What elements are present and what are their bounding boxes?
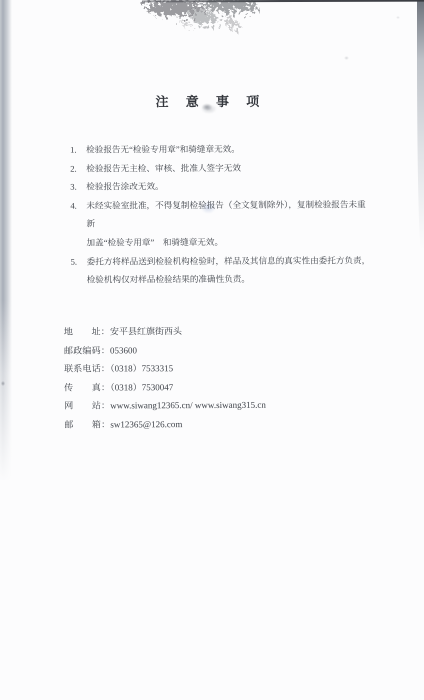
- contact-label: 传 真：: [64, 382, 110, 392]
- notice-item-5: 5. 委托方将样品送到检验机构检验时，样品及其信息的真实性由委托方负责， 检验机…: [71, 251, 373, 290]
- notice-item-number: 3.: [70, 178, 77, 197]
- contact-row-phone: 联系电话：（0318）7533315: [64, 358, 384, 378]
- contact-label: 网 站：: [64, 401, 110, 411]
- title-stamp-smudge: [197, 102, 221, 116]
- notice-item-number: 5.: [71, 252, 78, 271]
- contact-row-email: 邮 箱：sw12365@126.com: [64, 414, 384, 434]
- contact-value: （0318）7530047: [110, 382, 173, 392]
- notice-list: 1. 检验报告无“检验专用章”和骑缝章无效。 2. 检验报告无主检、审核、批准人…: [70, 139, 373, 289]
- notice-item-number: 1.: [70, 141, 77, 160]
- notice-item-line: 委托方将样品送到检验机构检验时，样品及其信息的真实性由委托方负责，: [87, 251, 373, 271]
- notice-item-1: 1. 检验报告无“检验专用章”和骑缝章无效。: [70, 139, 372, 159]
- contact-row-fax: 传 真：（0318）7530047: [64, 377, 384, 397]
- notice-item-line: 检验报告无“检验专用章”和骑缝章无效。: [86, 139, 372, 159]
- contact-label: 邮 箱：: [64, 419, 110, 429]
- notice-item-2: 2. 检验报告无主检、审核、批准人签字无效: [70, 158, 372, 178]
- notice-item-line: 检验机构仅对样品检验结果的准确性负责。: [87, 269, 373, 289]
- notice-item-3: 3. 检验报告涂改无效。: [70, 176, 372, 196]
- contact-label: 地 址：: [64, 326, 110, 336]
- notice-item-number: 2.: [70, 159, 77, 178]
- contact-label: 邮政编码：: [64, 345, 110, 355]
- contact-block: 地 址：安平县红旗街西头 邮政编码：053600 联系电话：（0318）7533…: [64, 321, 384, 434]
- contact-row-website: 网 站：www.siwang12365.cn/ www.siwang315.cn: [64, 396, 384, 416]
- contact-row-address: 地 址：安平县红旗街西头: [64, 321, 384, 341]
- page-content: 注 意 事 项 1. 检验报告无“检验专用章”和骑缝章无效。 2. 检验报告无主…: [0, 0, 424, 700]
- contact-value: 安平县红旗街西头: [110, 326, 182, 336]
- contact-label: 联系电话：: [64, 364, 110, 374]
- contact-value: sw12365@126.com: [110, 419, 182, 429]
- notice-item-4: 4. 未经实验室批准，不得复制检验报告（全文复制除外），复制检验报告未重新 加盖…: [70, 195, 372, 252]
- contact-value: （0318）7533315: [110, 363, 173, 373]
- contact-value: 053600: [110, 345, 137, 355]
- notice-item-line: 检验报告无主检、审核、批准人签字无效: [86, 158, 372, 178]
- contact-value: www.siwang12365.cn/ www.siwang315.cn: [110, 400, 266, 411]
- notice-item-number: 4.: [70, 196, 77, 215]
- notice-item-line: 检验报告涂改无效。: [86, 176, 372, 196]
- scanned-notice-page: { "document": { "title": "注 意 事 项", "not…: [0, 0, 424, 700]
- notice-item-line: 加盖“检验专用章” 和骑缝章无效。: [86, 232, 372, 252]
- notice-item-line: 未经实验室批准，不得复制检验报告（全文复制除外），复制检验报告未重新: [86, 195, 372, 233]
- contact-row-postcode: 邮政编码：053600: [64, 340, 384, 360]
